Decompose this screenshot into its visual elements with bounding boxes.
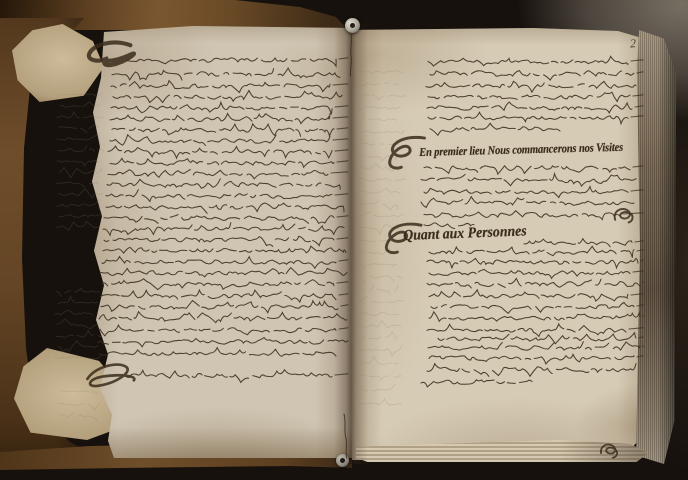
fore-edge-page-stack <box>636 30 676 464</box>
binding-grommet-bottom <box>336 454 349 467</box>
left-page <box>86 26 352 458</box>
manuscript-photo: 2 En premier lieu Nous commancerons nos … <box>0 0 688 480</box>
page-number: 2 <box>630 35 647 50</box>
binding-grommet-top <box>345 18 360 33</box>
binding-gutter <box>334 24 368 464</box>
right-page <box>352 28 654 460</box>
